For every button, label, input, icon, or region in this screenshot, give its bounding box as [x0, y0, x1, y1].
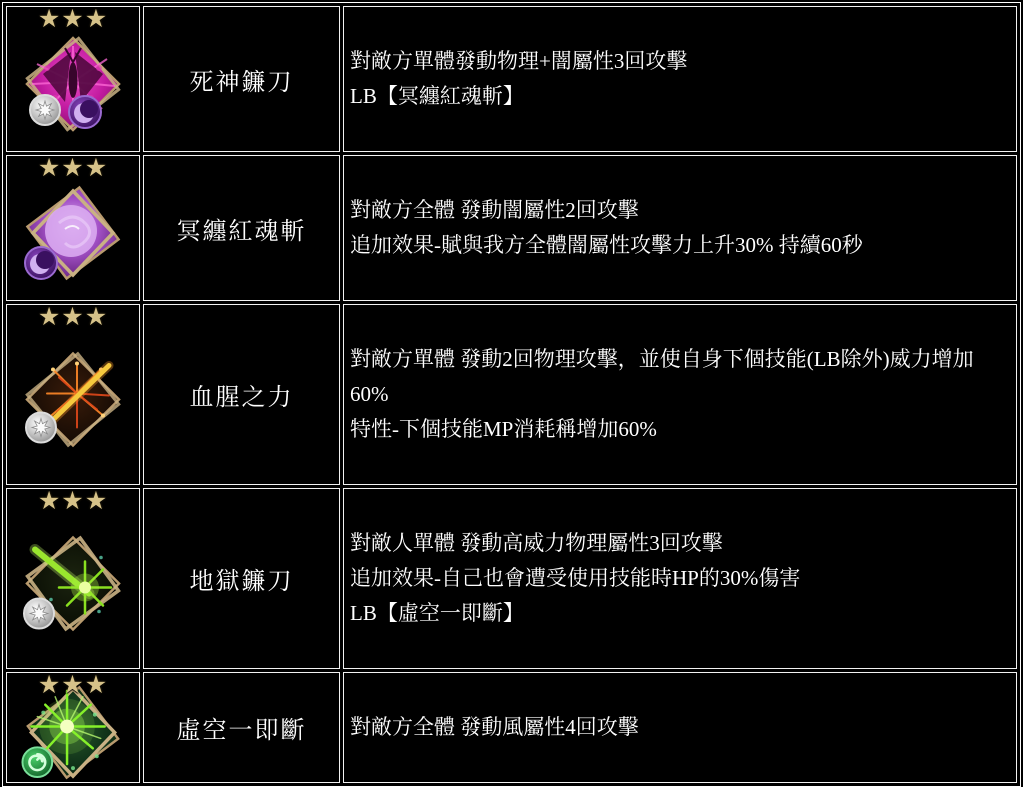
skill-name-cell: 冥纏紅魂斬 — [143, 155, 340, 301]
gem-icon — [7, 305, 139, 484]
wind-orb-icon — [22, 747, 52, 777]
skill-icon-hell-scythe: ★★★ — [7, 489, 139, 668]
skill-name: 地獄鐮刀 — [190, 569, 294, 595]
skill-icon-death-scythe: ★★★ — [7, 7, 139, 151]
skill-name-cell: 死神鐮刀 — [143, 6, 340, 152]
star-rating: ★★★ — [7, 155, 139, 180]
skill-name: 冥纏紅魂斬 — [177, 219, 307, 245]
skill-description-cell: 對敵人單體 發動高威力物理屬性3回攻擊 追加效果-自己也會遭受使用技能時HP的3… — [343, 488, 1017, 669]
skill-icon-cell: ★★★ — [6, 6, 140, 152]
star-rating: ★★★ — [7, 6, 139, 31]
skill-description: 對敵方全體 發動風屬性4回攻擊 — [350, 710, 1008, 745]
star-rating: ★★★ — [7, 672, 139, 697]
skill-description: 對敵方單體 發動2回物理攻擊，並使自身下個技能(LB除外)威力增加60% 特性-… — [350, 342, 1008, 447]
skill-icon-cell: ★★★ — [6, 304, 140, 485]
skill-icon-cell: ★★★ — [6, 672, 140, 783]
star-rating: ★★★ — [7, 304, 139, 329]
skill-description: 對敵人單體 發動高威力物理屬性3回攻擊 追加效果-自己也會遭受使用技能時HP的3… — [350, 526, 1008, 631]
skill-table: ★★★ 死神鐮刀 對敵方單體發動物理+闇屬性3回攻擊 LB【冥纏紅魂斬】 ★★★ — [2, 2, 1021, 787]
skill-icon-cell: ★★★ — [6, 488, 140, 669]
skill-description-cell: 對敵方單體發動物理+闇屬性3回攻擊 LB【冥纏紅魂斬】 — [343, 6, 1017, 152]
skill-name-cell: 虛空一即斷 — [143, 672, 340, 783]
skill-icon-cell: ★★★ — [6, 155, 140, 301]
skill-name: 死神鐮刀 — [190, 70, 294, 96]
sun-orb-icon — [26, 413, 56, 443]
moon-orb-icon — [25, 247, 57, 279]
skill-name-cell: 地獄鐮刀 — [143, 488, 340, 669]
skill-icon-void-one-cut: ★★★ — [7, 673, 139, 782]
skill-name: 虛空一即斷 — [177, 718, 307, 744]
sun-orb-icon — [24, 599, 54, 629]
star-rating: ★★★ — [7, 488, 139, 513]
skill-description: 對敵方單體發動物理+闇屬性3回攻擊 LB【冥纏紅魂斬】 — [350, 44, 1008, 114]
skill-icon-bloody-power: ★★★ — [7, 305, 139, 484]
skill-name: 血腥之力 — [190, 385, 294, 411]
skill-description: 對敵方全體 發動闇屬性2回攻擊 追加效果-賦與我方全體闇屬性攻擊力上升30% 持… — [350, 193, 1008, 263]
gem-icon — [7, 489, 139, 668]
skill-table-page: ★★★ 死神鐮刀 對敵方單體發動物理+闇屬性3回攻擊 LB【冥纏紅魂斬】 ★★★ — [0, 0, 1023, 563]
skill-row: ★★★ 冥纏紅魂斬 對敵方全體 發動闇屬性2回攻擊 追加效果-賦與我方全體闇屬性… — [6, 155, 1017, 301]
skill-row: ★★★ 虛空一即斷 對敵方全體 發動風屬性4回攻擊 — [6, 672, 1017, 783]
skill-row: ★★★ 血腥之力 對敵方單體 發動2回物理攻擊，並使自身下個技能(LB除外)威力… — [6, 304, 1017, 485]
skill-description-cell: 對敵方全體 發動闇屬性2回攻擊 追加效果-賦與我方全體闇屬性攻擊力上升30% 持… — [343, 155, 1017, 301]
skill-description-cell: 對敵方單體 發動2回物理攻擊，並使自身下個技能(LB除外)威力增加60% 特性-… — [343, 304, 1017, 485]
skill-description-cell: 對敵方全體 發動風屬性4回攻擊 — [343, 672, 1017, 783]
moon-orb-icon — [69, 96, 101, 128]
skill-row: ★★★ 死神鐮刀 對敵方單體發動物理+闇屬性3回攻擊 LB【冥纏紅魂斬】 — [6, 6, 1017, 152]
skill-row: ★★★ 地獄鐮刀 對敵人單體 發動高威力物理屬性3回攻擊 追加效果-自己也會遭受… — [6, 488, 1017, 669]
sun-orb-icon — [30, 95, 60, 125]
skill-icon-dark-red-soul-slash: ★★★ — [7, 156, 139, 300]
skill-name-cell: 血腥之力 — [143, 304, 340, 485]
